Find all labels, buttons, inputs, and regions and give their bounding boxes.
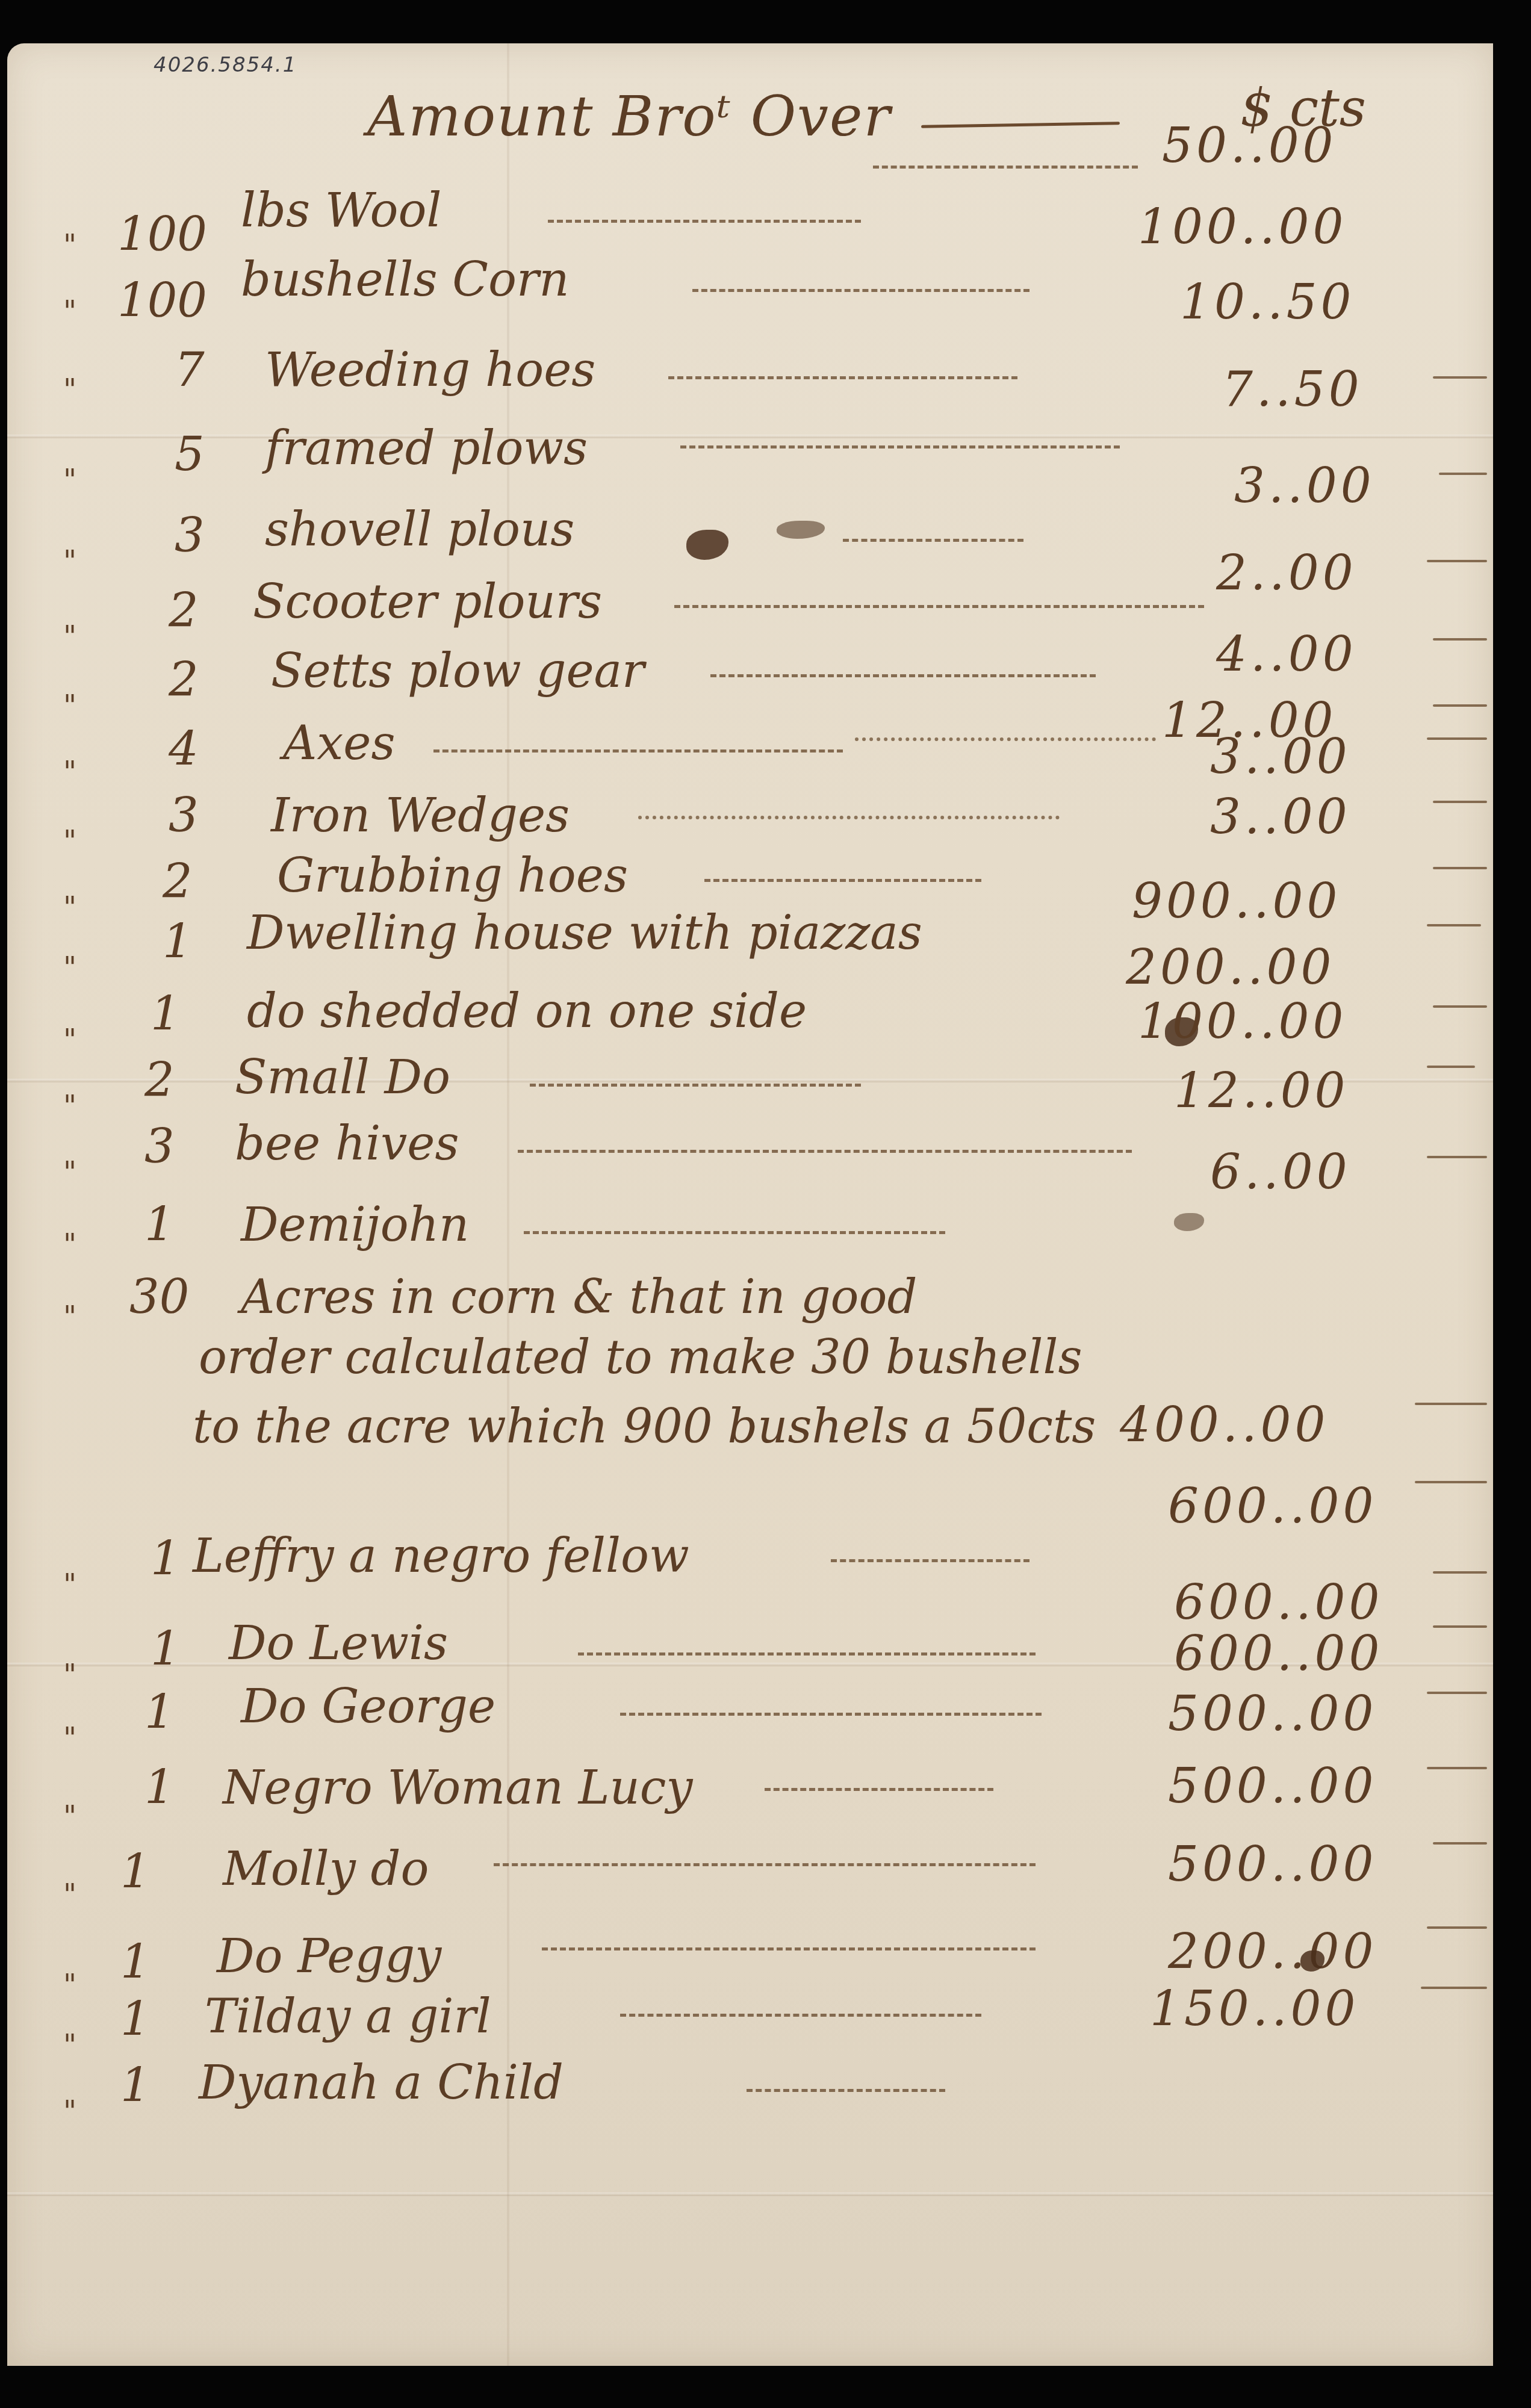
carried-amount: 50..00 — [1162, 117, 1337, 173]
item-amount: 6..00 — [1210, 1144, 1351, 1200]
leader-dashes — [524, 1231, 945, 1237]
ditto-mark: " — [63, 756, 76, 789]
item-description: Negro Woman Lucy — [223, 1761, 693, 1815]
item-description: framed plows — [265, 421, 588, 476]
catalog-number: 4026.5854.1 — [154, 53, 297, 77]
item-quantity: 1 — [144, 1686, 175, 1740]
item-quantity: 1 — [120, 1935, 151, 1990]
leader-dashes — [704, 879, 981, 884]
ditto-mark: " — [63, 620, 76, 654]
ditto-mark: " — [63, 825, 76, 858]
item-amount: 150..00 — [1150, 1981, 1359, 2037]
item-description: lbs Wool — [241, 184, 441, 238]
item-quantity: 2 — [144, 1053, 175, 1108]
item-quantity: 4 — [169, 722, 199, 777]
item-amount: 3..00 — [1234, 458, 1375, 514]
leader-dashes — [542, 1947, 1036, 1953]
item-amount: 2..00 — [1216, 545, 1357, 601]
item-amount: 500..00 — [1168, 1758, 1377, 1814]
item-amount: 10..50 — [1180, 274, 1355, 330]
amount-flourish — [1427, 1156, 1487, 1158]
item-amount: 100..00 — [1138, 199, 1347, 255]
item-quantity: 100 — [117, 208, 207, 262]
item-quantity: 2 — [163, 855, 193, 909]
amount-flourish — [1415, 1481, 1487, 1483]
ditto-mark: " — [63, 1878, 76, 1912]
item-quantity: 3 — [144, 1120, 175, 1174]
page-title: Amount Broᵗ Over — [367, 84, 892, 149]
amount-flourish — [1433, 704, 1487, 707]
amount-flourish — [1433, 376, 1487, 379]
ditto-mark: " — [63, 1228, 76, 1262]
item-quantity: 1 — [144, 1761, 175, 1815]
item-amount: 3..00 — [1210, 728, 1351, 784]
item-quantity: 5 — [175, 427, 205, 482]
item-quantity: 2 — [169, 653, 199, 707]
leader-dashes — [578, 1652, 1036, 1658]
item-amount: 900..00 — [1132, 873, 1341, 929]
leader-dashes — [843, 539, 1023, 544]
amount-flourish — [1427, 1692, 1487, 1694]
amount-flourish — [1427, 1767, 1487, 1769]
amount-flourish — [1433, 867, 1487, 869]
item-amount: 600..00 — [1174, 1574, 1383, 1630]
item-description-continued: to the acre which 900 bushels a 50cts — [193, 1400, 1096, 1454]
leader-dashes — [710, 674, 1096, 680]
item-quantity: 1 — [151, 987, 181, 1041]
item-quantity: 3 — [169, 789, 199, 843]
item-quantity: 100 — [117, 274, 207, 328]
item-quantity: 30 — [129, 1270, 189, 1324]
item-description: Setts plow gear — [271, 644, 644, 698]
item-amount: 100..00 — [1138, 993, 1347, 1049]
amount-flourish — [1439, 473, 1487, 475]
ditto-mark: " — [63, 1023, 76, 1057]
item-quantity: 1 — [120, 1845, 151, 1899]
ditto-mark: " — [63, 1969, 76, 2002]
item-description: bushells Corn — [241, 253, 569, 307]
item-quantity: 1 — [151, 1622, 181, 1677]
item-description: do shedded on one side — [247, 984, 807, 1038]
amount-flourish — [1433, 1005, 1487, 1008]
leader-dashes — [765, 1788, 993, 1793]
paper-fold-crease — [7, 435, 1493, 438]
amount-flourish — [1415, 1403, 1487, 1405]
ditto-mark: " — [63, 229, 76, 262]
leader-dashes — [674, 605, 1204, 610]
amount-flourish — [1427, 924, 1481, 926]
leader-dashes — [518, 1150, 1132, 1155]
item-quantity: 1 — [163, 915, 193, 969]
item-description: Molly do — [223, 1842, 429, 1896]
ditto-mark: " — [63, 1156, 76, 1190]
ditto-mark: " — [63, 1800, 76, 1834]
ditto-mark: " — [63, 2029, 76, 2062]
leader-dashes — [831, 1559, 1029, 1565]
item-description: Weeding hoes — [265, 343, 595, 397]
ditto-mark: " — [63, 1659, 76, 1692]
item-description: bee hives — [235, 1117, 459, 1171]
item-description: Do George — [241, 1680, 495, 1734]
leader-dashes — [747, 2089, 945, 2094]
leader-dashes — [620, 1713, 1042, 1718]
leader-dashes — [692, 289, 1029, 294]
ditto-mark: " — [63, 1090, 76, 1123]
item-description-continued: order calculated to make 30 bushells — [199, 1330, 1082, 1385]
leader-dashes — [873, 166, 1138, 171]
ditto-mark: " — [63, 951, 76, 985]
item-description: Acres in corn & that in good — [241, 1270, 917, 1324]
amount-flourish — [1433, 1571, 1487, 1574]
amount-flourish — [1427, 1926, 1487, 1929]
item-amount: 600..00 — [1168, 1478, 1377, 1534]
item-quantity: 3 — [175, 509, 205, 563]
item-description: Leffry a negro fellow — [193, 1529, 689, 1583]
item-quantity: 1 — [120, 2059, 151, 2113]
item-description: Do Lewis — [229, 1616, 448, 1671]
item-description: shovell plous — [265, 503, 574, 557]
item-amount: 7..50 — [1222, 361, 1363, 417]
item-quantity: 1 — [144, 1198, 175, 1252]
item-amount: 200..00 — [1168, 1923, 1377, 1979]
item-amount: 600..00 — [1174, 1625, 1383, 1681]
amount-flourish — [1421, 1987, 1487, 1989]
item-description: Iron Wedges — [271, 789, 570, 843]
item-amount: 500..00 — [1168, 1836, 1377, 1892]
amount-flourish — [1427, 1066, 1475, 1068]
ditto-mark: " — [63, 295, 76, 329]
ditto-mark: " — [63, 2095, 76, 2129]
item-quantity: 2 — [169, 584, 199, 638]
ditto-mark: " — [63, 891, 76, 925]
ditto-mark: " — [63, 545, 76, 579]
item-description: Demijohn — [241, 1198, 469, 1252]
item-amount: 4..00 — [1216, 626, 1357, 682]
ditto-mark: " — [63, 1722, 76, 1755]
ditto-mark: " — [63, 373, 76, 407]
leader-dashes — [433, 749, 843, 755]
leader-dots — [638, 816, 1060, 822]
item-description: Tilday a girl — [205, 1990, 491, 2044]
item-description: Scooter plours — [253, 575, 602, 629]
leader-dashes — [494, 1863, 1036, 1869]
amount-flourish — [1433, 638, 1487, 641]
leader-dots — [855, 737, 1156, 743]
leader-dashes — [668, 376, 1017, 382]
item-amount: 200..00 — [1126, 939, 1335, 995]
item-description: Grubbing hoes — [277, 849, 628, 903]
leader-dashes — [620, 2014, 981, 2019]
amount-flourish — [1427, 737, 1487, 740]
item-description: Do Peggy — [217, 1929, 441, 1984]
item-description: Dwelling house with piazzas — [247, 906, 922, 960]
item-description: Small Do — [235, 1050, 450, 1105]
ditto-mark: " — [63, 1568, 76, 1602]
leader-dashes — [680, 445, 1120, 451]
amount-flourish — [1433, 1842, 1487, 1845]
item-description: Axes — [283, 716, 396, 771]
item-quantity: 7 — [175, 343, 205, 397]
item-quantity: 1 — [151, 1532, 181, 1586]
item-amount: 12..00 — [1174, 1063, 1349, 1119]
amount-flourish — [1433, 1625, 1487, 1628]
leader-dashes — [548, 220, 861, 225]
ditto-mark: " — [63, 689, 76, 723]
item-amount: 3..00 — [1210, 789, 1351, 845]
item-amount: 400..00 — [1120, 1397, 1329, 1453]
amount-flourish — [1433, 801, 1487, 803]
ditto-mark: " — [63, 1300, 76, 1334]
leader-dashes — [530, 1084, 861, 1089]
paper-fold-crease — [7, 2192, 1493, 2196]
ditto-mark: " — [63, 464, 76, 497]
item-quantity: 1 — [120, 1993, 151, 2047]
item-description: Dyanah a Child — [199, 2056, 564, 2110]
item-amount: 500..00 — [1168, 1686, 1377, 1742]
amount-flourish — [1427, 560, 1487, 562]
